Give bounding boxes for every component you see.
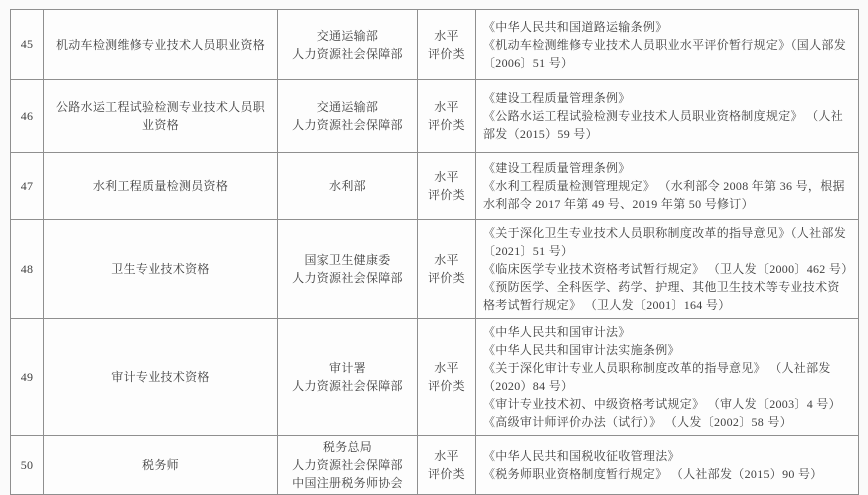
category-line: 水平 [420, 98, 473, 116]
qualification-name-cell: 公路水运工程试验检测专业技术人员职业资格 [44, 80, 278, 153]
category-line: 水平 [420, 27, 473, 45]
document-page: 45 机动车检测维修专业技术人员职业资格 交通运输部 人力资源社会保障部 水平 … [0, 0, 868, 491]
qualification-name-cell: 机动车检测维修专业技术人员职业资格 [44, 10, 278, 80]
category-line: 评价类 [420, 465, 473, 483]
row-number-cell: 49 [11, 319, 44, 436]
category-line: 水平 [420, 359, 473, 377]
department-line: 交通运输部 [282, 98, 413, 116]
category-line: 评价类 [420, 377, 473, 395]
category-cell: 水平 评价类 [418, 436, 476, 492]
table-row: 47 水利工程质量检测员资格 水利部 水平 评价类 《建设工程质量管理条例》 《… [11, 153, 859, 220]
row-number-cell: 45 [11, 10, 44, 80]
basis-document: 《建设工程质量管理条例》 [483, 89, 851, 107]
department-line: 国家卫生健康委 [282, 251, 413, 269]
department-line: 人力资源社会保障部 [282, 269, 413, 287]
basis-cell: 《建设工程质量管理条例》 《公路水运工程试验检测专业技术人员职业资格制度规定》 … [476, 80, 859, 153]
category-line: 评价类 [420, 116, 473, 134]
basis-document: 《关于深化审计专业人员职称制度改革的指导意见》 （人社部发（2020）84 号） [483, 359, 851, 395]
basis-document: 《审计专业技术初、中级资格考试规定》 （审人发〔2003〕4 号） [483, 395, 851, 413]
basis-document: 《公路水运工程试验检测专业技术人员职业资格制度规定》 （人社部发（2015）59… [483, 107, 851, 143]
department-line: 水利部 [282, 177, 413, 195]
basis-document: 《预防医学、全科医学、药学、护理、其他卫生技术等专业技术资格考试暂行规定》 （卫… [483, 278, 851, 314]
department-line: 人力资源社会保障部 [282, 377, 413, 395]
department-line: 交通运输部 [282, 27, 413, 45]
basis-cell: 《中华人民共和国审计法》 《中华人民共和国审计法实施条例》 《关于深化审计专业人… [476, 319, 859, 436]
category-cell: 水平 评价类 [418, 153, 476, 220]
basis-document: 《建设工程质量管理条例》 [483, 159, 851, 177]
qualification-table: 45 机动车检测维修专业技术人员职业资格 交通运输部 人力资源社会保障部 水平 … [10, 9, 859, 491]
basis-document: 《税务师职业资格制度暂行规定》 （人社部发（2015）90 号） [483, 465, 851, 483]
basis-document: 《中华人民共和国税收征收管理法》 [483, 447, 851, 465]
basis-document: 《中华人民共和国审计法实施条例》 [483, 341, 851, 359]
table-row: 49 审计专业技术资格 审计署 人力资源社会保障部 水平 评价类 《中华人民共和… [11, 319, 859, 436]
table-row: 50 税务师 税务总局 人力资源社会保障部 中国注册税务师协会 水平 评价类 《… [11, 436, 859, 492]
basis-document: 《关于深化卫生专业技术人员职称制度改革的指导意见》（人社部发〔2021〕51 号… [483, 224, 851, 260]
basis-cell: 《建设工程质量管理条例》 《水利工程质量检测管理规定》 （水利部令 2008 年… [476, 153, 859, 220]
basis-cell: 《关于深化卫生专业技术人员职称制度改革的指导意见》（人社部发〔2021〕51 号… [476, 220, 859, 319]
basis-document: 《水利工程质量检测管理规定》 （水利部令 2008 年第 36 号，根据水利部令… [483, 177, 851, 213]
category-line: 水平 [420, 447, 473, 465]
category-cell: 水平 评价类 [418, 10, 476, 80]
department-cell: 交通运输部 人力资源社会保障部 [278, 80, 418, 153]
department-cell: 交通运输部 人力资源社会保障部 [278, 10, 418, 80]
department-line: 中国注册税务师协会 [282, 474, 413, 491]
category-cell: 水平 评价类 [418, 80, 476, 153]
category-line: 评价类 [420, 45, 473, 63]
category-cell: 水平 评价类 [418, 220, 476, 319]
department-cell: 审计署 人力资源社会保障部 [278, 319, 418, 436]
category-line: 水平 [420, 251, 473, 269]
category-cell: 水平 评价类 [418, 319, 476, 436]
basis-document: 《高级审计师评价办法（试行）》 （人发〔2002〕58 号） [483, 413, 851, 431]
department-cell: 国家卫生健康委 人力资源社会保障部 [278, 220, 418, 319]
category-line: 评价类 [420, 186, 473, 204]
basis-cell: 《中华人民共和国道路运输条例》 《机动车检测维修专业技术人员职业水平评价暂行规定… [476, 10, 859, 80]
basis-document: 《临床医学专业技术资格考试暂行规定》 （卫人发〔2000〕462 号） [483, 260, 851, 278]
row-number-cell: 48 [11, 220, 44, 319]
department-line: 人力资源社会保障部 [282, 116, 413, 134]
department-line: 审计署 [282, 359, 413, 377]
basis-document: 《中华人民共和国审计法》 [483, 323, 851, 341]
table-row: 45 机动车检测维修专业技术人员职业资格 交通运输部 人力资源社会保障部 水平 … [11, 10, 859, 80]
category-line: 评价类 [420, 269, 473, 287]
row-number-cell: 47 [11, 153, 44, 220]
qualification-name-cell: 审计专业技术资格 [44, 319, 278, 436]
department-line: 人力资源社会保障部 [282, 45, 413, 63]
qualification-name-cell: 税务师 [44, 436, 278, 492]
basis-cell: 《中华人民共和国税收征收管理法》 《税务师职业资格制度暂行规定》 （人社部发（2… [476, 436, 859, 492]
row-number-cell: 50 [11, 436, 44, 492]
row-number-cell: 46 [11, 80, 44, 153]
table-row: 46 公路水运工程试验检测专业技术人员职业资格 交通运输部 人力资源社会保障部 … [11, 80, 859, 153]
qualification-name-cell: 水利工程质量检测员资格 [44, 153, 278, 220]
basis-document: 《中华人民共和国道路运输条例》 [483, 18, 851, 36]
department-cell: 税务总局 人力资源社会保障部 中国注册税务师协会 [278, 436, 418, 492]
department-line: 人力资源社会保障部 [282, 456, 413, 474]
department-cell: 水利部 [278, 153, 418, 220]
category-line: 水平 [420, 168, 473, 186]
basis-document: 《机动车检测维修专业技术人员职业水平评价暂行规定》（国人部发〔2006〕51 号… [483, 36, 851, 72]
table-row: 48 卫生专业技术资格 国家卫生健康委 人力资源社会保障部 水平 评价类 《关于… [11, 220, 859, 319]
qualification-name-cell: 卫生专业技术资格 [44, 220, 278, 319]
department-line: 税务总局 [282, 438, 413, 456]
